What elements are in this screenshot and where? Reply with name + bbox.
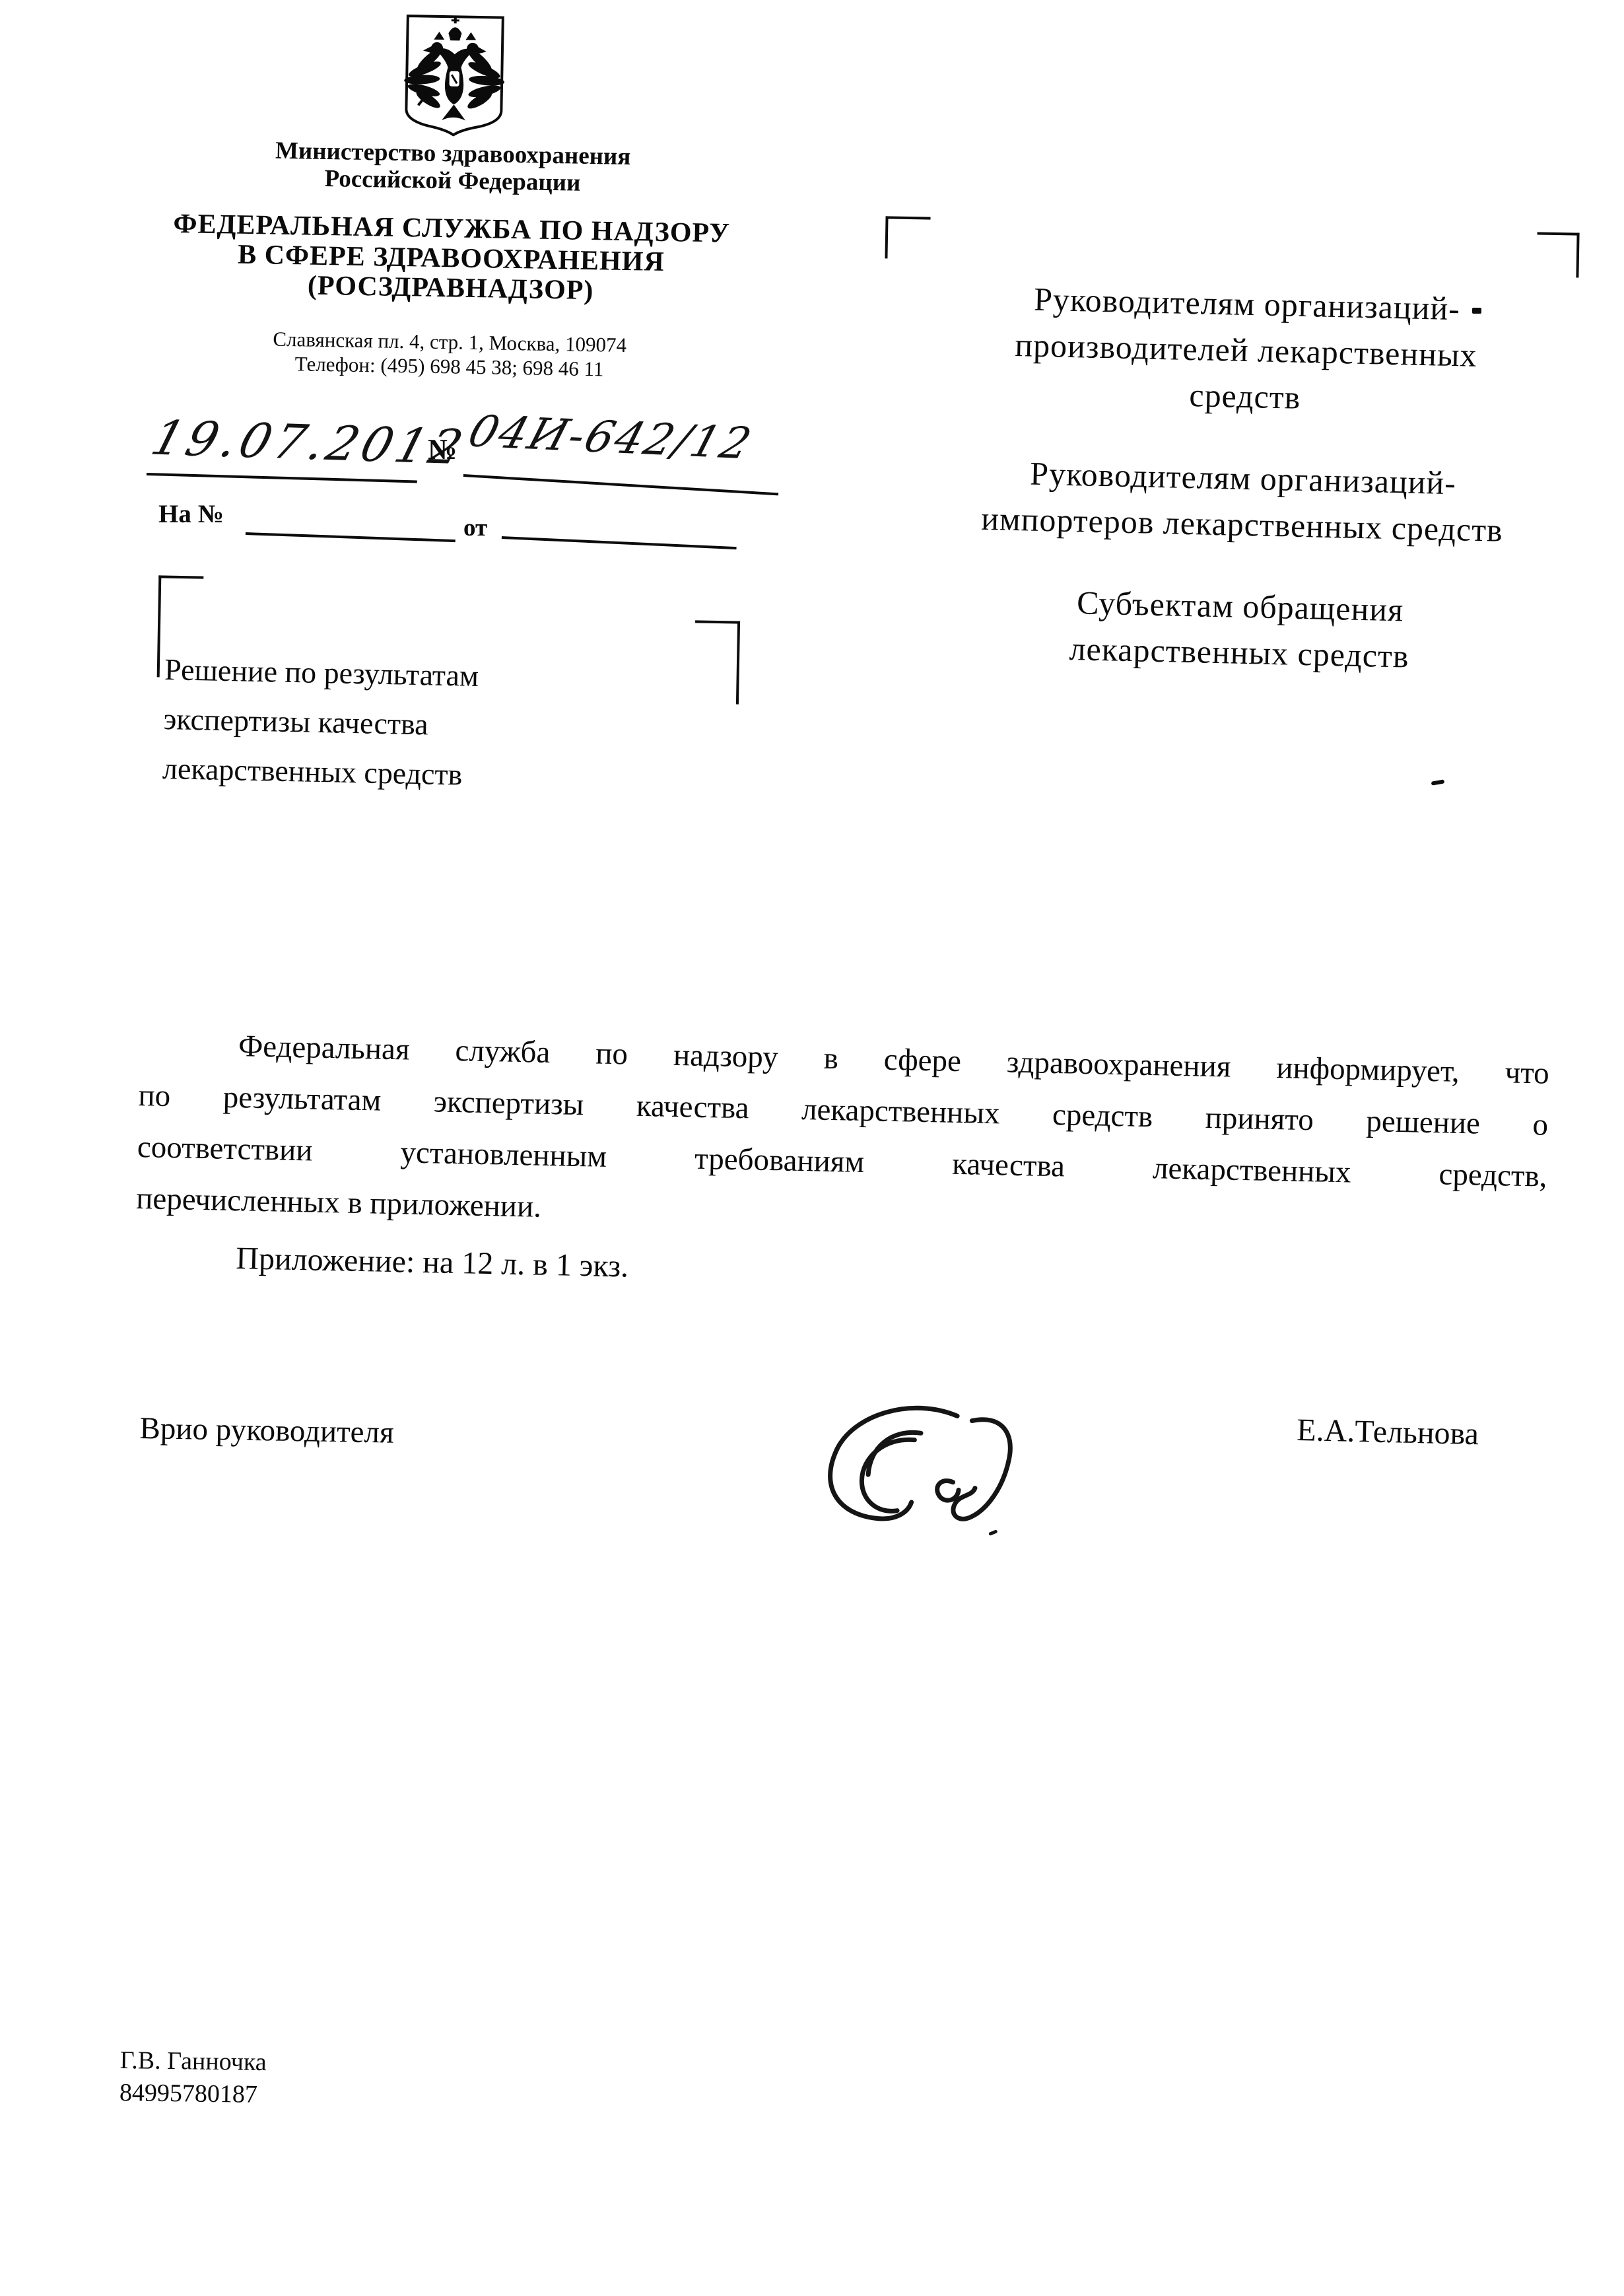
signer-name: Е.А.Тельнова — [1297, 1412, 1479, 1452]
executor-name: Г.В. Ганночка — [119, 2044, 267, 2079]
body-paragraph: Федеральная служба по надзору в сфере зд… — [135, 1018, 1549, 1254]
addressee-blocks: Руководителям организаций- производителе… — [948, 274, 1538, 682]
subject-line: Решение по результатам — [164, 644, 613, 703]
incoming-date-label: от — [463, 514, 487, 542]
scanned-letter-page: Министерство здравоохранения Российской … — [0, 0, 1624, 2296]
handwritten-signature-icon — [813, 1388, 1042, 1554]
executor-phone: 84995780187 — [119, 2077, 267, 2111]
addressee-manufacturers: Руководителям организаций- производителе… — [954, 274, 1538, 426]
outgoing-date-handwritten: 19.07.2012 — [145, 410, 473, 475]
service-contacts: Славянская пл. 4, стр. 1, Москва, 109074… — [132, 324, 766, 384]
signer-position-title: Врио руководителя — [139, 1410, 394, 1451]
crop-mark-top-right-addressee — [1536, 232, 1579, 277]
letterhead: Министерство здравоохранения Российской … — [132, 8, 772, 384]
service-name: ФЕДЕРАЛЬНАЯ СЛУЖБА ПО НАДЗОРУ В СФЕРЕ ЗД… — [133, 209, 768, 309]
subject-block: Решение по результатам экспертизы качест… — [162, 644, 614, 802]
outgoing-number-underline — [463, 474, 778, 495]
incoming-number-blank-line — [246, 532, 456, 542]
scan-artifact — [1472, 308, 1481, 314]
subject-line: лекарственных средств — [162, 744, 611, 802]
outgoing-number-sign: № — [428, 433, 457, 466]
incoming-date-blank-line — [502, 536, 737, 549]
executor-block: Г.В. Ганночка 84995780187 — [119, 2044, 267, 2111]
russian-coat-of-arms-icon — [137, 8, 772, 142]
crop-mark-top-right-subject — [694, 620, 740, 704]
addressee-circulation-subjects: Субъектам обращения лекарственных средст… — [948, 576, 1531, 682]
outgoing-number-handwritten: 04И-642/12 — [463, 406, 759, 469]
crop-mark-top-left-addressee — [885, 216, 930, 259]
attachment-note: Приложение: на 12 л. в 1 экз. — [236, 1240, 629, 1284]
scan-artifact — [1431, 779, 1445, 785]
incoming-number-label: На № — [158, 499, 224, 529]
subject-line: экспертизы качества — [163, 694, 613, 753]
addressee-importers: Руководителям организаций- импортеров ле… — [951, 448, 1534, 554]
outgoing-date-underline — [147, 473, 417, 483]
ministry-name: Министерство здравоохранения Российской … — [135, 135, 770, 200]
